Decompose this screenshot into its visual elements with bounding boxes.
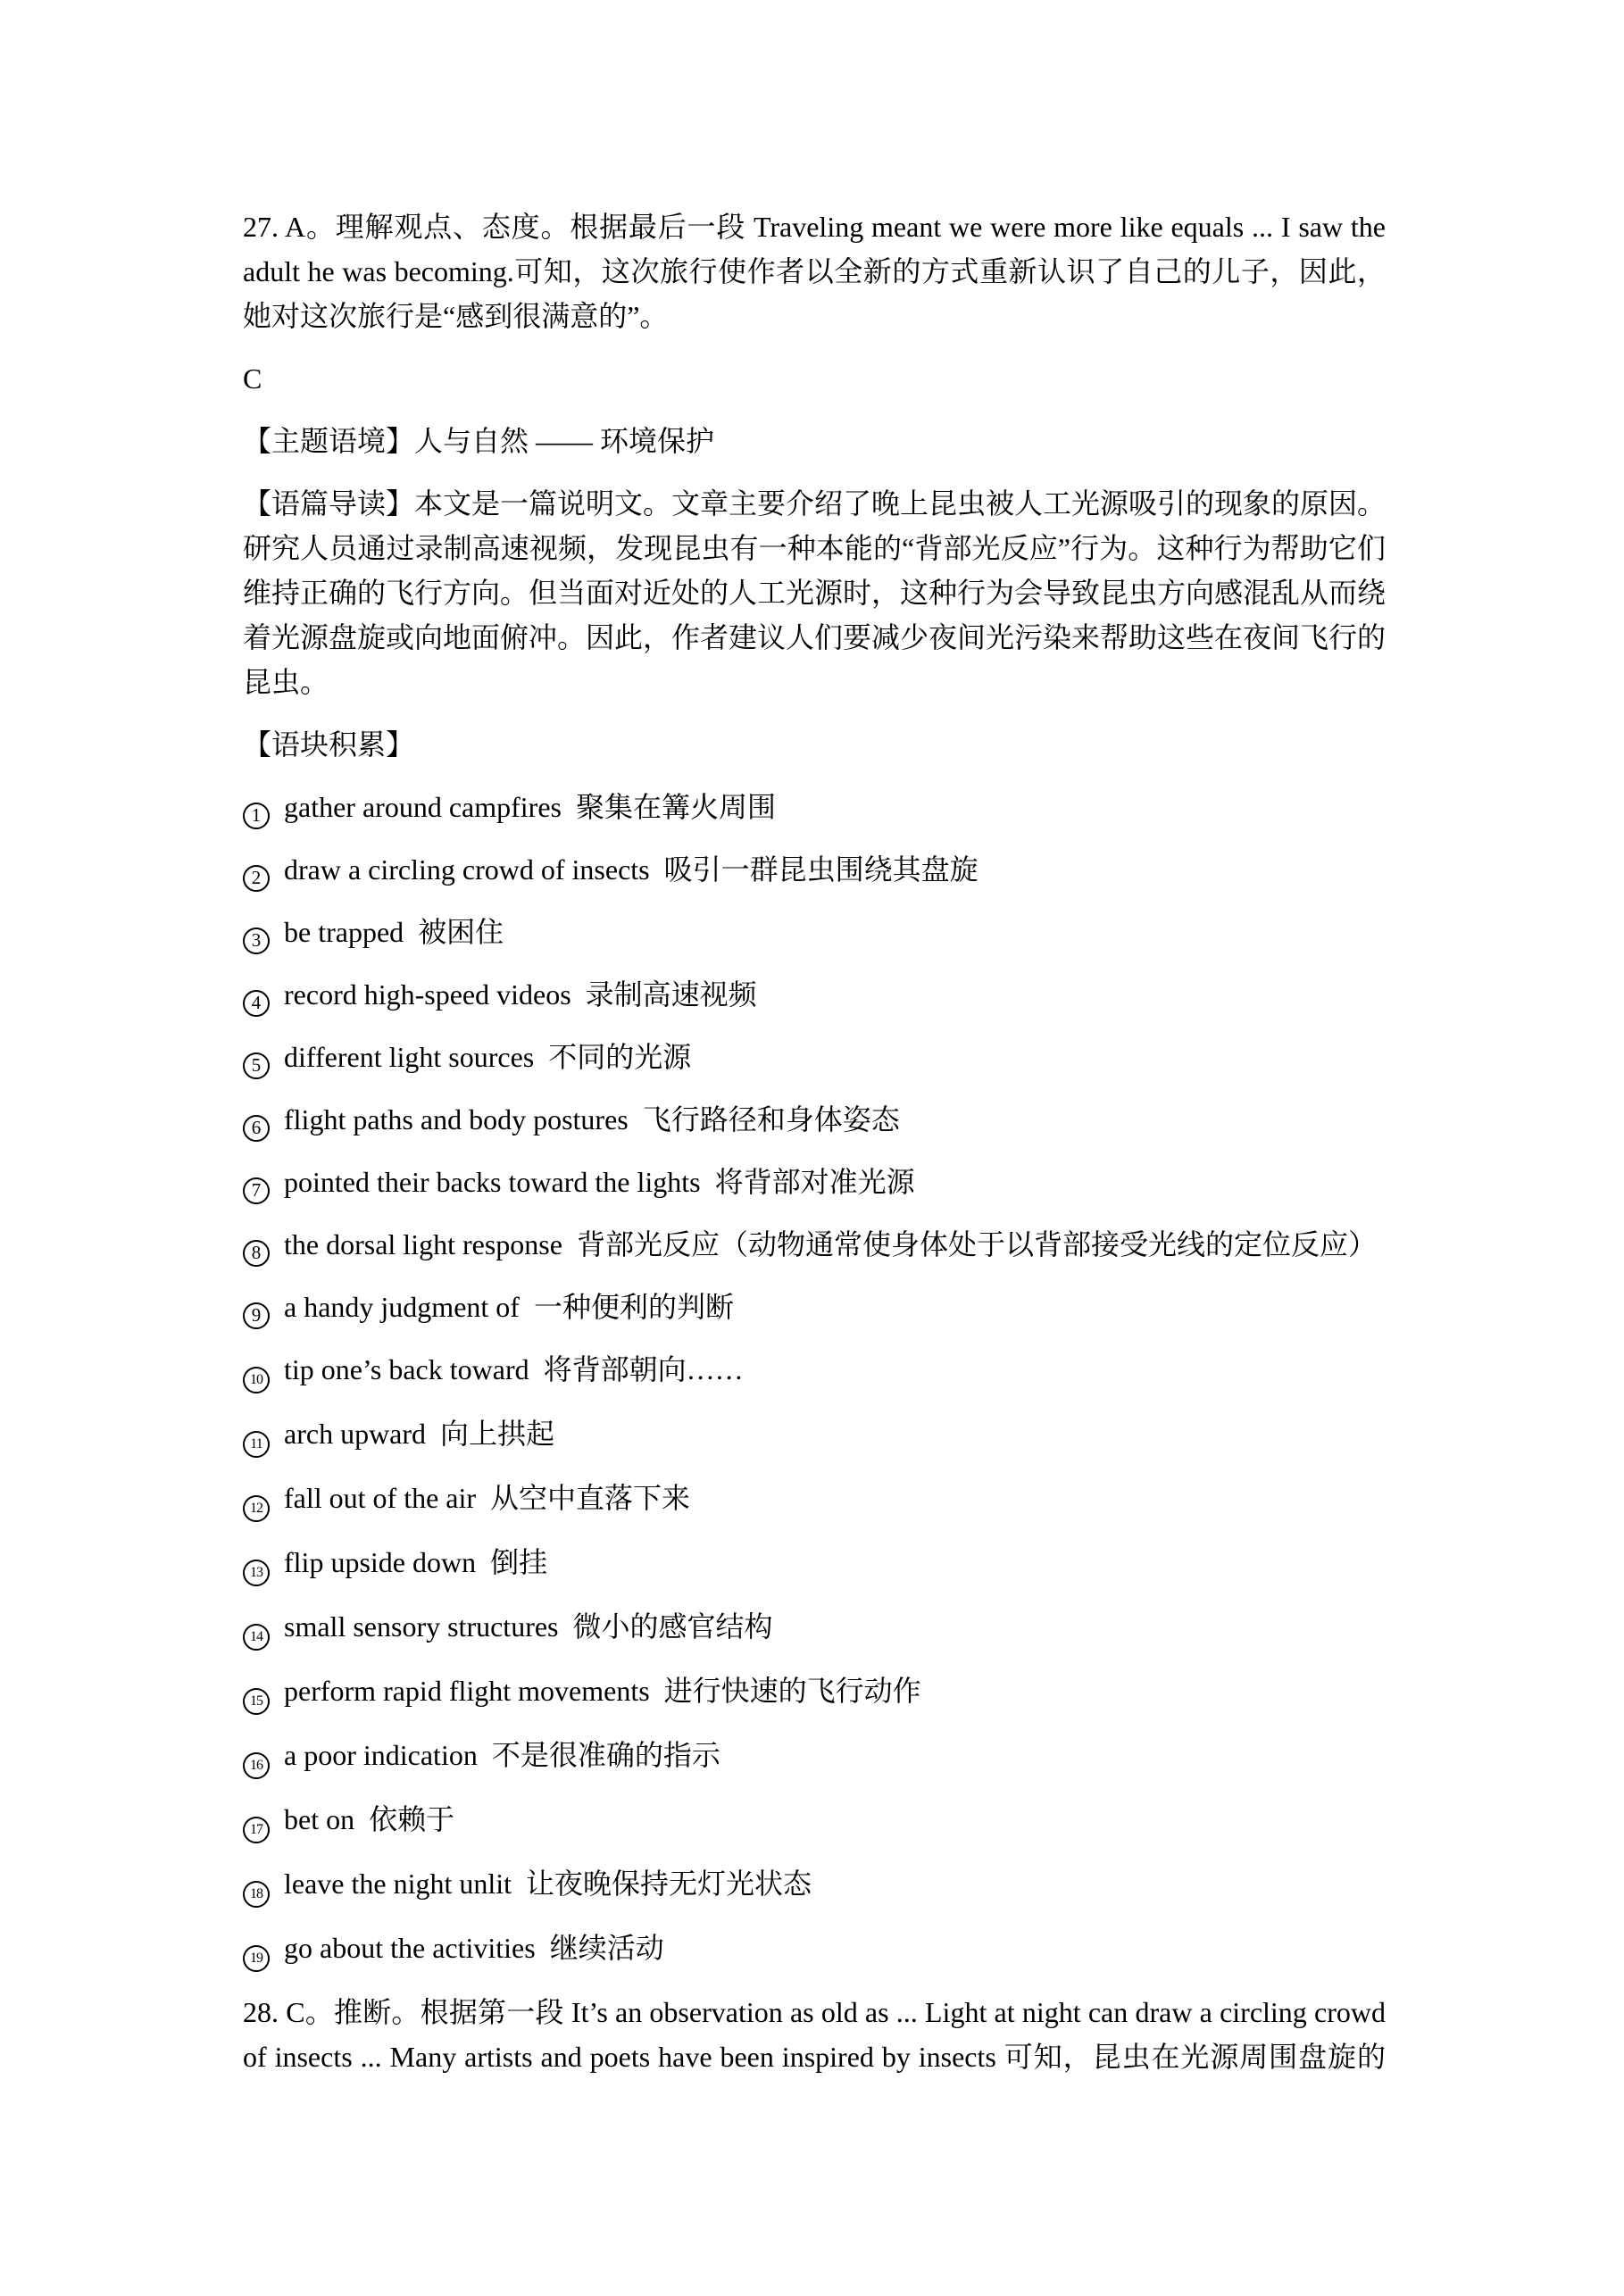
item-number-badge: 18	[243, 1881, 270, 1908]
chunk-chinese: 从空中直落下来	[490, 1482, 690, 1514]
chunk-item: 7pointed their backs toward the lights将背…	[243, 1160, 1386, 1204]
chunk-chinese: 向上拱起	[440, 1418, 554, 1450]
item-number-badge: 16	[243, 1752, 270, 1779]
item-number-badge: 4	[243, 990, 270, 1017]
chunk-chinese: 进行快速的飞行动作	[664, 1675, 921, 1707]
item-number-badge: 3	[243, 928, 270, 954]
item-number-badge: 12	[243, 1495, 270, 1522]
chunk-item: 9a handy judgment of一种便利的判断	[243, 1285, 1386, 1329]
chunk-english: pointed their backs toward the lights	[284, 1166, 701, 1198]
chunk-item: 8the dorsal light response背部光反应（动物通常使身体处…	[243, 1222, 1386, 1267]
chunk-chinese: 依赖于	[369, 1803, 454, 1835]
chunk-item: 16a poor indication不是很准确的指示	[243, 1733, 1386, 1779]
chunk-item: 14small sensory structures微小的感官结构	[243, 1604, 1386, 1651]
chunk-english: be trapped	[284, 916, 404, 948]
chunk-chinese: 微小的感官结构	[573, 1610, 773, 1643]
chunk-item: 3be trapped被困住	[243, 910, 1386, 954]
document-page: 27. A。理解观点、态度。根据最后一段 Traveling meant we …	[0, 0, 1624, 2296]
chunk-item: 1gather around campfires聚集在篝火周围	[243, 785, 1386, 829]
chunk-english: gather around campfires	[284, 791, 562, 823]
chunk-english: draw a circling crowd of insects	[284, 853, 650, 886]
item-number-badge: 19	[243, 1945, 270, 1972]
item-number-badge: 6	[243, 1115, 270, 1142]
item-number-badge: 17	[243, 1817, 270, 1843]
chunk-item: 17bet on依赖于	[243, 1797, 1386, 1843]
chunk-item: 4record high-speed videos录制高速视频	[243, 972, 1386, 1017]
chunk-english: leave the night unlit	[284, 1868, 512, 1900]
section-c-label: C	[243, 356, 1386, 401]
answer-explanation-28: 28. C。推断。根据第一段 It’s an observation as ol…	[243, 1990, 1386, 2079]
chunk-chinese: 继续活动	[550, 1932, 664, 1964]
item-number-badge: 13	[243, 1560, 270, 1586]
item-number-badge: 8	[243, 1240, 270, 1267]
chunk-chinese: 倒挂	[490, 1546, 547, 1578]
chunk-english: tip one’s back toward	[284, 1353, 529, 1385]
chunk-chinese: 不是很准确的指示	[492, 1739, 720, 1771]
chunk-english: arch upward	[284, 1418, 426, 1450]
chunk-chinese: 不同的光源	[548, 1041, 691, 1073]
chunk-chinese: 飞行路径和身体姿态	[643, 1103, 900, 1136]
chunk-chinese: 聚集在篝火周围	[576, 791, 776, 823]
chunk-english: a poor indication	[284, 1739, 478, 1771]
chunk-english: bet on	[284, 1803, 354, 1835]
chunk-english: fall out of the air	[284, 1482, 476, 1514]
chunk-item: 10tip one’s back toward将背部朝向……	[243, 1347, 1386, 1393]
item-number-badge: 10	[243, 1367, 270, 1393]
item-number-badge: 11	[243, 1431, 270, 1458]
chunk-item: 12fall out of the air从空中直落下来	[243, 1476, 1386, 1522]
chunk-english: record high-speed videos	[284, 978, 571, 1011]
chunk-chinese: 被困住	[418, 916, 504, 948]
chunk-chinese: 录制高速视频	[586, 978, 757, 1011]
chunk-chinese: 将背部对准光源	[715, 1166, 915, 1198]
chunk-english: a handy judgment of	[284, 1291, 520, 1323]
item-number-badge: 9	[243, 1302, 270, 1329]
chunk-item: 5different light sources不同的光源	[243, 1035, 1386, 1079]
passage-guide-paragraph: 【语篇导读】本文是一篇说明文。文章主要介绍了晚上昆虫被人工光源吸引的现象的原因。…	[243, 481, 1386, 704]
chunk-item: 19go about the activities继续活动	[243, 1926, 1386, 1972]
chunk-english: the dorsal light response	[284, 1228, 562, 1260]
chunk-chinese: 将背部朝向……	[544, 1353, 744, 1385]
chunk-item: 11arch upward向上拱起	[243, 1411, 1386, 1458]
chunk-item: 13flip upside down倒挂	[243, 1540, 1386, 1586]
chunk-item: 6flight paths and body postures飞行路径和身体姿态	[243, 1097, 1386, 1142]
chunk-chinese: 背部光反应（动物通常使身体处于以背部接受光线的定位反应）	[577, 1228, 1377, 1260]
chunk-english: perform rapid flight movements	[284, 1675, 650, 1707]
chunk-english: flip upside down	[284, 1546, 476, 1578]
item-number-badge: 5	[243, 1052, 270, 1079]
item-number-badge: 2	[243, 865, 270, 892]
chunk-item: 18leave the night unlit让夜晚保持无灯光状态	[243, 1861, 1386, 1908]
chunk-english: go about the activities	[284, 1932, 536, 1964]
chunk-english: different light sources	[284, 1041, 534, 1073]
answer-explanation-27: 27. A。理解观点、态度。根据最后一段 Traveling meant we …	[243, 204, 1386, 338]
chunk-item: 15perform rapid flight movements进行快速的飞行动…	[243, 1668, 1386, 1715]
chunk-english: flight paths and body postures	[284, 1103, 629, 1136]
item-number-badge: 7	[243, 1177, 270, 1204]
chunk-english: small sensory structures	[284, 1610, 559, 1643]
chunk-chinese: 让夜晚保持无灯光状态	[526, 1868, 812, 1900]
item-number-badge: 14	[243, 1624, 270, 1651]
chunk-item: 2draw a circling crowd of insects吸引一群昆虫围…	[243, 847, 1386, 892]
chunk-chinese: 吸引一群昆虫围绕其盘旋	[664, 853, 979, 886]
theme-context-line: 【主题语境】人与自然 —— 环境保护	[243, 419, 1386, 463]
item-number-badge: 1	[243, 803, 270, 829]
chunk-list-heading: 【语块积累】	[243, 722, 1386, 767]
chunk-chinese: 一种便利的判断	[534, 1291, 734, 1323]
item-number-badge: 15	[243, 1688, 270, 1715]
